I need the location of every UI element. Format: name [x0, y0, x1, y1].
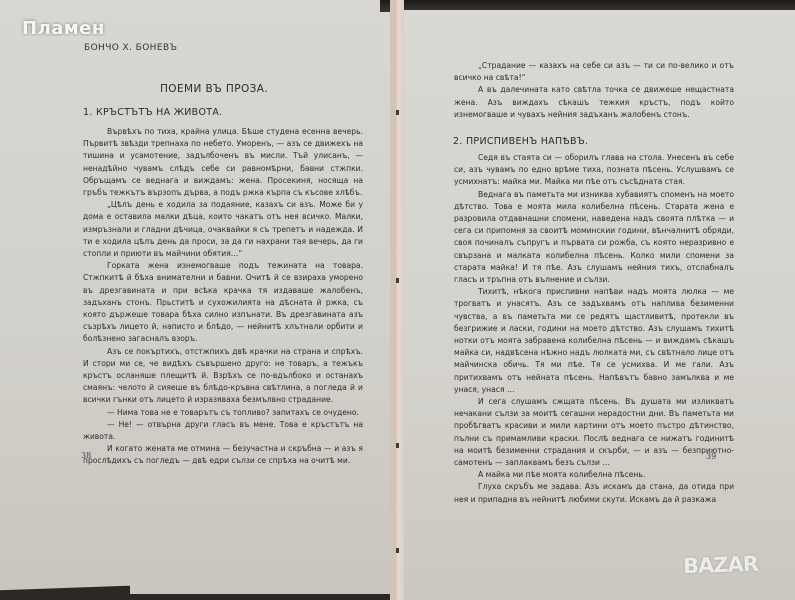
paragraph: Глуха скръбъ ме задава. Азъ искамъ да ст…	[454, 481, 734, 505]
binding-thread-mark	[396, 548, 399, 553]
right-page-body: Седя въ стаята си — оборилъ глава на сто…	[454, 152, 734, 506]
paragraph: — Не! — отвърна други гласъ въ мене. Тов…	[83, 419, 363, 443]
paragraph: Веднага въ паметьта ми изниква хубавиятъ…	[454, 189, 734, 287]
binding-thread-mark	[396, 443, 399, 448]
page-title: ПОЕМИ ВЪ ПРОЗА.	[160, 83, 268, 95]
paragraph: Азъ се покъртихъ, отстжпихъ двѣ крачки н…	[83, 346, 363, 407]
paragraph: И сега слушамъ сжщата пѣсень. Въ душата …	[454, 396, 734, 469]
binding-thread-mark	[396, 278, 399, 283]
page-number-right: 39	[706, 452, 716, 461]
paragraph: „Страдание — казахъ на себе си азъ — ти …	[454, 60, 734, 84]
paragraph: „Цѣлъ день е ходила за подаяние, казахъ …	[83, 199, 363, 260]
bazar-logo: BAZAR	[683, 552, 759, 579]
open-book-spread: БОНЧО Х. БОНЕВЪ ПОЕМИ ВЪ ПРОЗА. 1. КРЪСТ…	[0, 0, 795, 600]
paragraph: Горката жена изнемогваше подъ тежината н…	[83, 260, 363, 345]
right-page-intro: „Страдание — казахъ на себе си азъ — ти …	[454, 60, 734, 121]
paragraph: А въ далечината като свѣтла точка се дви…	[454, 84, 734, 121]
seller-watermark: Пламен	[22, 18, 105, 39]
paragraph: А майка ми пѣе моята колибелна пѣсень.	[454, 469, 734, 481]
book-gutter	[390, 0, 404, 600]
paragraph: — Нима това не е товарътъ съ топливо? за…	[83, 407, 363, 419]
paragraph: И когато жената ме отмина — безучастна и…	[83, 443, 363, 467]
running-head-author: БОНЧО Х. БОНЕВЪ	[84, 42, 177, 54]
section-heading-1: 1. КРЪСТЪТЪ НА ЖИВОТА.	[83, 107, 222, 119]
left-page-body: Вървѣхъ по тиха, крайна улица. Бѣше студ…	[83, 126, 363, 468]
paragraph: Вървѣхъ по тиха, крайна улица. Бѣше студ…	[83, 126, 363, 199]
binding-thread-mark	[396, 110, 399, 115]
page-number-left: 38	[81, 451, 91, 460]
section-heading-2: 2. ПРИСПИВЕНЪ НАПѢВЪ.	[453, 136, 588, 148]
paragraph: Седя въ стаята си — оборилъ глава на сто…	[454, 152, 734, 189]
paragraph: Тихитѣ, нѣкога приспивни напѣви надъ моя…	[454, 286, 734, 396]
